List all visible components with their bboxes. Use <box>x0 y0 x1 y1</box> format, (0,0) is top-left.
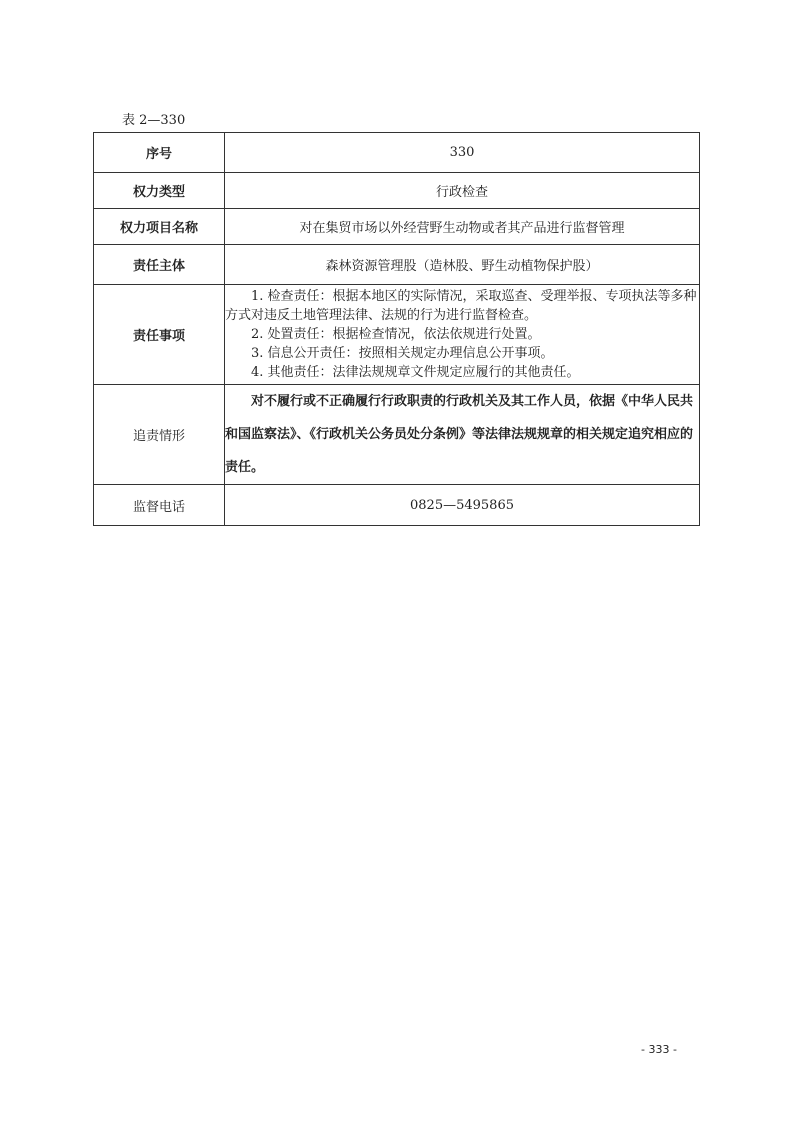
power-responsibility-table: 序号 330 权力类型 行政检查 权力项目名称 对在集贸市场以外经营野生动物或者… <box>93 132 700 526</box>
table-caption: 表 2—330 <box>122 109 185 128</box>
duty-item: 4. 其他责任：法律法规规章文件规定应履行的其他责任。 <box>225 363 699 382</box>
row-subject: 责任主体 森林资源管理股（造林股、野生动植物保护股） <box>94 245 700 285</box>
value-seq: 330 <box>225 133 700 173</box>
row-item-name: 权力项目名称 对在集贸市场以外经营野生动物或者其产品进行监督管理 <box>94 209 700 245</box>
accountability-text: 对不履行或不正确履行行政职责的行政机关及其工作人员，依据《中华人民共和国监察法》… <box>225 385 699 484</box>
page-number: - 333 - <box>641 1043 677 1056</box>
row-seq: 序号 330 <box>94 133 700 173</box>
row-duties: 责任事项 1. 检查责任：根据本地区的实际情况，采取巡查、受理举报、专项执法等多… <box>94 285 700 385</box>
label-duties: 责任事项 <box>94 285 225 385</box>
value-duties: 1. 检查责任：根据本地区的实际情况，采取巡查、受理举报、专项执法等多种方式对违… <box>225 285 700 385</box>
label-phone: 监督电话 <box>94 485 225 526</box>
label-item-name: 权力项目名称 <box>94 209 225 245</box>
row-accountability: 追责情形 对不履行或不正确履行行政职责的行政机关及其工作人员，依据《中华人民共和… <box>94 385 700 485</box>
label-seq: 序号 <box>94 133 225 173</box>
label-accountability: 追责情形 <box>94 385 225 485</box>
value-subject: 森林资源管理股（造林股、野生动植物保护股） <box>225 245 700 285</box>
label-subject: 责任主体 <box>94 245 225 285</box>
label-power-type: 权力类型 <box>94 173 225 209</box>
row-power-type: 权力类型 行政检查 <box>94 173 700 209</box>
value-phone: 0825—5495865 <box>225 485 700 526</box>
duty-item: 2. 处置责任：根据检查情况，依法依规进行处置。 <box>225 325 699 344</box>
value-power-type: 行政检查 <box>225 173 700 209</box>
value-item-name: 对在集贸市场以外经营野生动物或者其产品进行监督管理 <box>225 209 700 245</box>
row-phone: 监督电话 0825—5495865 <box>94 485 700 526</box>
value-accountability: 对不履行或不正确履行行政职责的行政机关及其工作人员，依据《中华人民共和国监察法》… <box>225 385 700 485</box>
duty-item: 3. 信息公开责任：按照相关规定办理信息公开事项。 <box>225 344 699 363</box>
duty-item: 1. 检查责任：根据本地区的实际情况，采取巡查、受理举报、专项执法等多种方式对违… <box>225 287 699 325</box>
